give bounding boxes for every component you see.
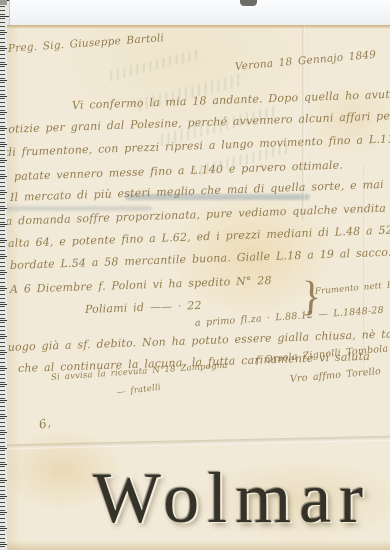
letter-paper: Preg. Sig. Giuseppe Bartoli Verona 18 Ge… bbox=[7, 25, 390, 550]
paper-tear-notch bbox=[240, 0, 257, 6]
wolmar-watermark: Wolmar bbox=[93, 457, 371, 540]
fold-crease-vertical bbox=[363, 165, 366, 375]
scanned-letter-screen: Preg. Sig. Giuseppe Bartoli Verona 18 Ge… bbox=[0, 0, 390, 550]
letter-body-line: a primo fl.za · L.88.12 — L.1848-28 bbox=[195, 305, 385, 329]
fold-crease-horizontal bbox=[7, 435, 390, 449]
letter-body-line: Vi confermo la mia 18 andante. Dopo quel… bbox=[72, 86, 390, 112]
letter-dateline: Verona 18 Gennajo 1849 bbox=[234, 49, 376, 73]
ghost-writing-mark bbox=[107, 49, 202, 82]
corner-smudge bbox=[0, 0, 7, 5]
letter-body-line: Il mercato di più esteri meglio che mai … bbox=[10, 178, 384, 204]
paper-top-edge bbox=[7, 25, 390, 29]
letter-addressee: Preg. Sig. Giuseppe Bartoli bbox=[8, 32, 165, 55]
letter-body-line: Poliami id —— · 22 bbox=[85, 299, 202, 316]
letter-body-line: bordate L.54 a 58 mercantile buona. Gial… bbox=[10, 245, 390, 272]
side-note: Frumento nett Bonfatti bbox=[315, 278, 390, 297]
marginal-mark: 6, bbox=[37, 415, 52, 431]
letter-body-line: alta 64, e potente fino a L.62, ed i pre… bbox=[8, 223, 390, 250]
sum-brace: } bbox=[300, 273, 323, 322]
letter-body-line: A 6 Dicembre f. Poloni vi ha spedito N° … bbox=[10, 274, 272, 296]
signature-line: Vro affmo Torello bbox=[290, 366, 382, 385]
letter-body-line: patate vennero messe fino a L.140 e parv… bbox=[14, 159, 343, 183]
postscript-left-line: — fratelli bbox=[116, 383, 161, 398]
